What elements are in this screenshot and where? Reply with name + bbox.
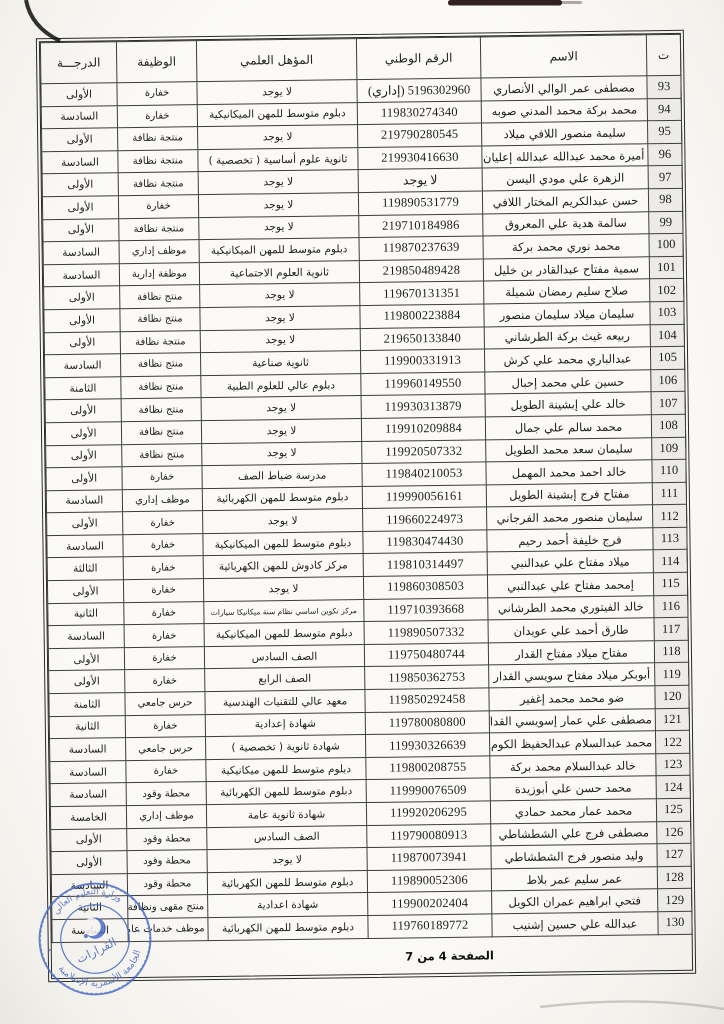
job-title: خفارة [118, 195, 198, 219]
qualification: دبلوم متوسط للمهن الكهربائية [208, 915, 368, 940]
employee-name: أبوبكر ميلاد مفتاح سويسي القدار [489, 663, 655, 688]
scan-corner-curl-mark [26, 0, 60, 41]
job-title: منتج نظافة [121, 398, 201, 422]
national-id: 119850362753 [365, 665, 489, 689]
national-id: 219710184986 [359, 214, 483, 238]
national-id: 119900202404 [368, 891, 492, 915]
national-id: 119710393668 [364, 598, 488, 622]
job-title: محطة وقود [126, 782, 206, 806]
grade: الأولى [47, 580, 123, 604]
grade: الأولى [45, 399, 121, 423]
grade: الثامنة [45, 376, 121, 400]
row-index: 105 [650, 346, 684, 369]
row-index: 127 [657, 843, 691, 866]
national-id: 119810314497 [363, 552, 487, 576]
national-id: 219850489428 [359, 259, 483, 283]
qualification: ثانوية علوم أساسية ( تخصصية ) [198, 147, 358, 172]
row-index: 103 [650, 301, 684, 324]
row-index: 124 [656, 776, 690, 799]
employee-name: طارق أحمد علي عويدان [488, 618, 654, 643]
row-index: 96 [648, 143, 682, 166]
row-index: 119 [655, 663, 689, 686]
qualification: الصف السادس [204, 644, 364, 669]
national-id: 119860308503 [363, 575, 487, 599]
qualification: لا يوجد [200, 306, 360, 331]
personnel-table: ت الاسم الرقم الوطني المؤهل العلمي الوظي… [40, 34, 693, 943]
row-index: 104 [650, 324, 684, 347]
job-title: منتجة نظافة [118, 149, 198, 173]
row-index: 120 [655, 685, 689, 708]
grade: الأولى [44, 331, 120, 355]
qualification: مركز كادوش للمهن الكهربائية [203, 554, 363, 579]
national-id: 119960149550 [361, 372, 485, 396]
employee-name: خالد احمد محمد المهمل [486, 460, 652, 485]
row-index: 115 [653, 572, 687, 595]
qualification: مركز تكوين اساسي نظام سنة ميكانيكا سيارا… [204, 599, 364, 624]
job-title: خفارة [124, 624, 204, 648]
employee-name: مصطفى فرج علي الشطشاطي [491, 821, 657, 846]
employee-name: مفتاح ميلاد مفتاح القدار [488, 641, 654, 666]
national-id: 119890531779 [358, 191, 482, 215]
grade: الأولى [41, 83, 117, 107]
job-title: منتجة نظافة [118, 172, 198, 196]
employee-name: ربيعه غيث بركة الطرشاني [484, 324, 650, 349]
document-sheet: ت الاسم الرقم الوطني المؤهل العلمي الوظي… [36, 30, 696, 982]
qualification: مدرسة ضباط الصف [202, 464, 362, 489]
grade: الأولى [43, 218, 119, 242]
qualification: لا يوجد [199, 215, 359, 240]
row-index: 95 [647, 121, 681, 144]
job-title: خفارة [124, 601, 204, 625]
employee-name: خالد عبدالسلام محمد بركة [490, 754, 656, 779]
row-index: 93 [647, 75, 681, 98]
national-id: 119900331913 [360, 349, 484, 373]
column-header-grade: الدرجـــة [40, 42, 117, 84]
row-index: 98 [648, 188, 682, 211]
employee-name: وليد منصور فرج الشطشاطي [491, 844, 657, 869]
grade: الأولى [46, 444, 122, 468]
grade: السادسة [43, 241, 119, 265]
qualification: لا يوجد [201, 396, 361, 421]
row-index: 122 [655, 731, 689, 754]
employee-name: حسن عبدالكريم المختار اللافي [482, 189, 648, 214]
national-id: 219930416630 [358, 146, 482, 170]
job-title: موظف إداري [122, 488, 202, 512]
job-title: محطة وقود [127, 872, 207, 896]
grade: السادسة [43, 263, 119, 287]
employee-name: فتحي ابراهيم عمران الكويل [492, 889, 658, 914]
qualification: لا يوجد [197, 80, 357, 105]
employee-name: إمحمد مفتاح علي عبدالنبي [487, 573, 653, 598]
grade: الأولى [42, 196, 118, 220]
job-title: خفارة [126, 759, 206, 783]
grade: الأولى [47, 512, 123, 536]
grade: الثانية [52, 896, 128, 920]
job-title: خفارة [123, 534, 203, 558]
qualification: دبلوم متوسط للمهن ميكانيكية [206, 757, 366, 782]
national-id: 119870073941 [367, 846, 491, 870]
employee-name: خالد الفيتوري محمد الطرشاني [488, 595, 654, 620]
row-index: 107 [651, 392, 685, 415]
job-title: خفارة [125, 714, 205, 738]
row-index: 121 [655, 708, 689, 731]
grade: الثامنة [49, 693, 125, 717]
grade: الأولى [44, 309, 120, 333]
employee-name: أميرة محمد عبدالله عبدالله إعليان [482, 144, 648, 169]
row-index: 110 [652, 459, 686, 482]
employee-name: الزهرة علي مودي اليسن [482, 166, 648, 191]
employee-name: حسين علي محمد إحبال [485, 369, 651, 394]
row-index: 113 [653, 527, 687, 550]
qualification: لا يوجد [203, 577, 363, 602]
qualification: شهادة ثانوية عامة [206, 803, 366, 828]
grade: الأولى [48, 648, 124, 672]
qualification: معهد عالي للتقنيات الهندسية [205, 690, 365, 715]
row-index: 128 [657, 866, 691, 889]
employee-name: سليمة منصور اللافي ميلاد [481, 121, 647, 146]
national-id: 119830274340 [357, 101, 481, 125]
national-id: 219650133840 [360, 326, 484, 350]
scan-top-bar-fade [558, 1, 582, 4]
row-index: 109 [652, 437, 686, 460]
qualification: لا يوجد [203, 509, 363, 534]
job-title: منتج نظافة [120, 353, 200, 377]
column-header-name: الاسم [480, 35, 647, 78]
qualification: دبلوم عالي للعلوم الطبية [201, 373, 361, 398]
national-id: 119750480744 [364, 643, 488, 667]
row-index: 108 [651, 414, 685, 437]
national-id: 119910209884 [361, 417, 485, 441]
row-index: 130 [658, 911, 692, 934]
row-index: 97 [648, 166, 682, 189]
employee-name: مصطفى علي عمار إسويسي القدار [489, 708, 655, 733]
job-title: منتجة نظافة [119, 217, 199, 241]
grade: الأولى [42, 173, 118, 197]
qualification: شهادة ثانوية ( تخصصية ) [206, 735, 366, 760]
job-title: خفارة [122, 466, 202, 490]
grade: السادسة [51, 873, 127, 897]
employee-name: مصطفى عمر الوالي الأنصاري [481, 76, 647, 101]
national-id: 119890052306 [367, 869, 491, 893]
qualification: ثانوية العلوم الاجتماعية [199, 260, 359, 285]
employee-name: ميلاد مفتاح علي عبدالنبي [487, 550, 653, 575]
row-index: 118 [654, 640, 688, 663]
national-id: 119920507332 [362, 439, 486, 463]
qualification: لا يوجد [198, 125, 358, 150]
qualification: لا يوجد [198, 170, 358, 195]
national-id: 119780080800 [365, 711, 489, 735]
grade: السادسة [50, 738, 126, 762]
column-header-national-id: الرقم الوطني [356, 37, 481, 80]
national-id: 119670131351 [360, 281, 484, 305]
job-title: خفارة [124, 646, 204, 670]
qualification: دبلوم متوسط للمهن الكهربائية [202, 486, 362, 511]
qualification: لا يوجد [202, 441, 362, 466]
qualification: لا يوجد [200, 283, 360, 308]
row-index: 99 [649, 211, 683, 234]
job-title: منتجة نظافة [118, 127, 198, 151]
job-title: منتج نظافة [122, 443, 202, 467]
row-index: 125 [656, 798, 690, 821]
grade: السادسة [47, 535, 123, 559]
national-id: 119800223884 [360, 304, 484, 328]
page-number: الصفحة 4 من 7 [405, 948, 494, 963]
job-title: محطة وقود [127, 850, 207, 874]
job-title: خفارة [117, 104, 197, 128]
job-title: موظفة إدارية [119, 262, 199, 286]
qualification: لا يوجد [198, 193, 358, 218]
job-title: منتج نظافة [121, 375, 201, 399]
scan-bottom-shadow-curve [540, 1001, 724, 1009]
grade: السادسة [44, 354, 120, 378]
row-index: 114 [653, 550, 687, 573]
employee-name: سليمان منصور محمد الفرجاني [487, 505, 653, 530]
row-index: 102 [650, 279, 684, 302]
national-id: 119660224973 [363, 507, 487, 531]
grade: الأولى [44, 286, 120, 310]
national-id: 119790080913 [367, 823, 491, 847]
row-index: 100 [649, 233, 683, 256]
employee-name: سمية مفتاح عبدالقادر بن خليل [483, 257, 649, 282]
job-title: موظف خدمات عامة [128, 918, 208, 942]
row-index: 94 [647, 98, 681, 121]
job-title: خفارة [125, 669, 205, 693]
national-id: 119890507332 [364, 620, 488, 644]
job-title: منتج نظافة [121, 421, 201, 445]
grade: الأولى [49, 670, 125, 694]
row-index: 129 [658, 889, 692, 912]
grade: الأولى [45, 422, 121, 446]
grade: السادسة [41, 105, 117, 129]
job-title: خفارة [117, 82, 197, 106]
employee-name: عمر سليم عمر بلاط [491, 866, 657, 891]
job-title: خفارة [123, 556, 203, 580]
qualification: دبلوم متوسط للمهن الكهربائية [207, 870, 367, 895]
column-header-job: الوظيفة [116, 41, 197, 83]
national-id: 119990076509 [366, 778, 490, 802]
national-id: 119840210053 [362, 462, 486, 486]
qualification: دبلوم متوسط للمهن الكهربائية [206, 780, 366, 805]
employee-name: سالمة هدية علي المعروق [483, 211, 649, 236]
national-id: 119830474430 [363, 530, 487, 554]
grade: السادسة [48, 625, 124, 649]
qualification: ثانوية صناعية [200, 351, 360, 376]
employee-name: عبدالله علي حسين إشنيب [492, 912, 658, 937]
grade: السادسة [52, 919, 128, 943]
employee-name: ضو محمد محمد إغفير [489, 686, 655, 711]
job-title: منتجة نظافة [120, 330, 200, 354]
column-header-qualification: المؤهل العلمي [196, 39, 357, 82]
employee-name: محمد حسن علي أبوزيدة [490, 776, 656, 801]
row-index: 106 [651, 369, 685, 392]
job-title: موظف إداري [126, 805, 206, 829]
grade: الأولى [46, 467, 122, 491]
qualification: دبلوم متوسط للمهن الميكانيكية [197, 102, 357, 127]
row-index: 101 [649, 256, 683, 279]
job-title: منتج نظافة [120, 308, 200, 332]
employee-name: محمد عمار محمد حمادي [490, 799, 656, 824]
national-id: 119930326639 [365, 733, 489, 757]
grade: السادسة [46, 489, 122, 513]
employee-name: محمد بركة محمد المدني صوبه [481, 98, 647, 123]
national-id: 119760189772 [368, 914, 492, 938]
employee-name: خالد علي إبشينة الطويل [485, 392, 651, 417]
qualification: الصف الرابع [205, 667, 365, 692]
qualification: دبلوم متوسط للمهن الميكانيكية [204, 622, 364, 647]
row-index: 123 [656, 753, 690, 776]
national-id: 219790280545 [358, 123, 482, 147]
employee-name: مفتاح فرج إبشينة الطويل [486, 482, 652, 507]
qualification: شهادة اعدادية [208, 893, 368, 918]
qualification: لا يوجد [200, 328, 360, 353]
job-title: حرس جامعي [126, 737, 206, 761]
qualification: دبلوم متوسط للمهن الميكانيكية [199, 238, 359, 263]
employee-name: سليمان ميلاد سليمان منصور [484, 302, 650, 327]
row-index: 111 [652, 482, 686, 505]
grade: الخامسة [50, 806, 126, 830]
job-title: حرس جامعي [125, 692, 205, 716]
job-title: خفارة [123, 511, 203, 535]
grade: الثانية [48, 602, 124, 626]
employee-name: محمد سالم علي جمال [485, 415, 651, 440]
national-id: 119850292458 [365, 688, 489, 712]
employee-name: سليمان سعد محمد الطويل [486, 437, 652, 462]
column-header-index: ت [646, 34, 681, 75]
qualification: دبلوم متوسط للمهن الميكانيكية [203, 531, 363, 556]
grade: الأولى [51, 828, 127, 852]
national-id: 119870237639 [359, 236, 483, 260]
job-title: خفارة [123, 579, 203, 603]
row-index: 126 [657, 821, 691, 844]
grade: السادسة [50, 783, 126, 807]
grade: السادسة [50, 760, 126, 784]
grade: الثانية [49, 715, 125, 739]
scanned-document-page: ت الاسم الرقم الوطني المؤهل العلمي الوظي… [0, 0, 724, 1024]
national-id: 119990056161 [362, 485, 486, 509]
grade: السادسة [42, 150, 118, 174]
employee-name: محمد عبدالسلام عبدالحفيظ الكوم [489, 731, 655, 756]
national-id: 119920206295 [366, 801, 490, 825]
qualification: لا يوجد [207, 848, 367, 873]
row-index: 116 [654, 595, 688, 618]
qualification: لا يوجد [201, 418, 361, 443]
job-title: منتج نظافة [120, 285, 200, 309]
row-index: 117 [654, 618, 688, 641]
job-title: موظف إداري [119, 240, 199, 264]
employee-name: عبدالباري محمد علي كرش [484, 347, 650, 372]
qualification: الصف السادس [207, 825, 367, 850]
national-id: 119800208755 [366, 756, 490, 780]
national-id: لا يوجد [358, 168, 482, 192]
grade: الأولى [42, 128, 118, 152]
qualification: شهادة إعدادية [205, 712, 365, 737]
scan-top-bar-mark [448, 0, 562, 6]
employee-name: محمد نوري محمد بركة [483, 234, 649, 259]
grade: الثالثة [47, 557, 123, 581]
job-title: منتج مقهى ونظافة [128, 895, 208, 919]
national-id: 119930313879 [361, 394, 485, 418]
employee-name: صلاح سليم رمضان شميلة [484, 279, 650, 304]
grade: الأولى [51, 851, 127, 875]
employee-name: فرج خليفة أحمد رحيم [487, 528, 653, 553]
row-index: 112 [653, 505, 687, 528]
job-title: محطة وقود [127, 827, 207, 851]
national-id: 5196302960 (إداري) [357, 78, 481, 102]
